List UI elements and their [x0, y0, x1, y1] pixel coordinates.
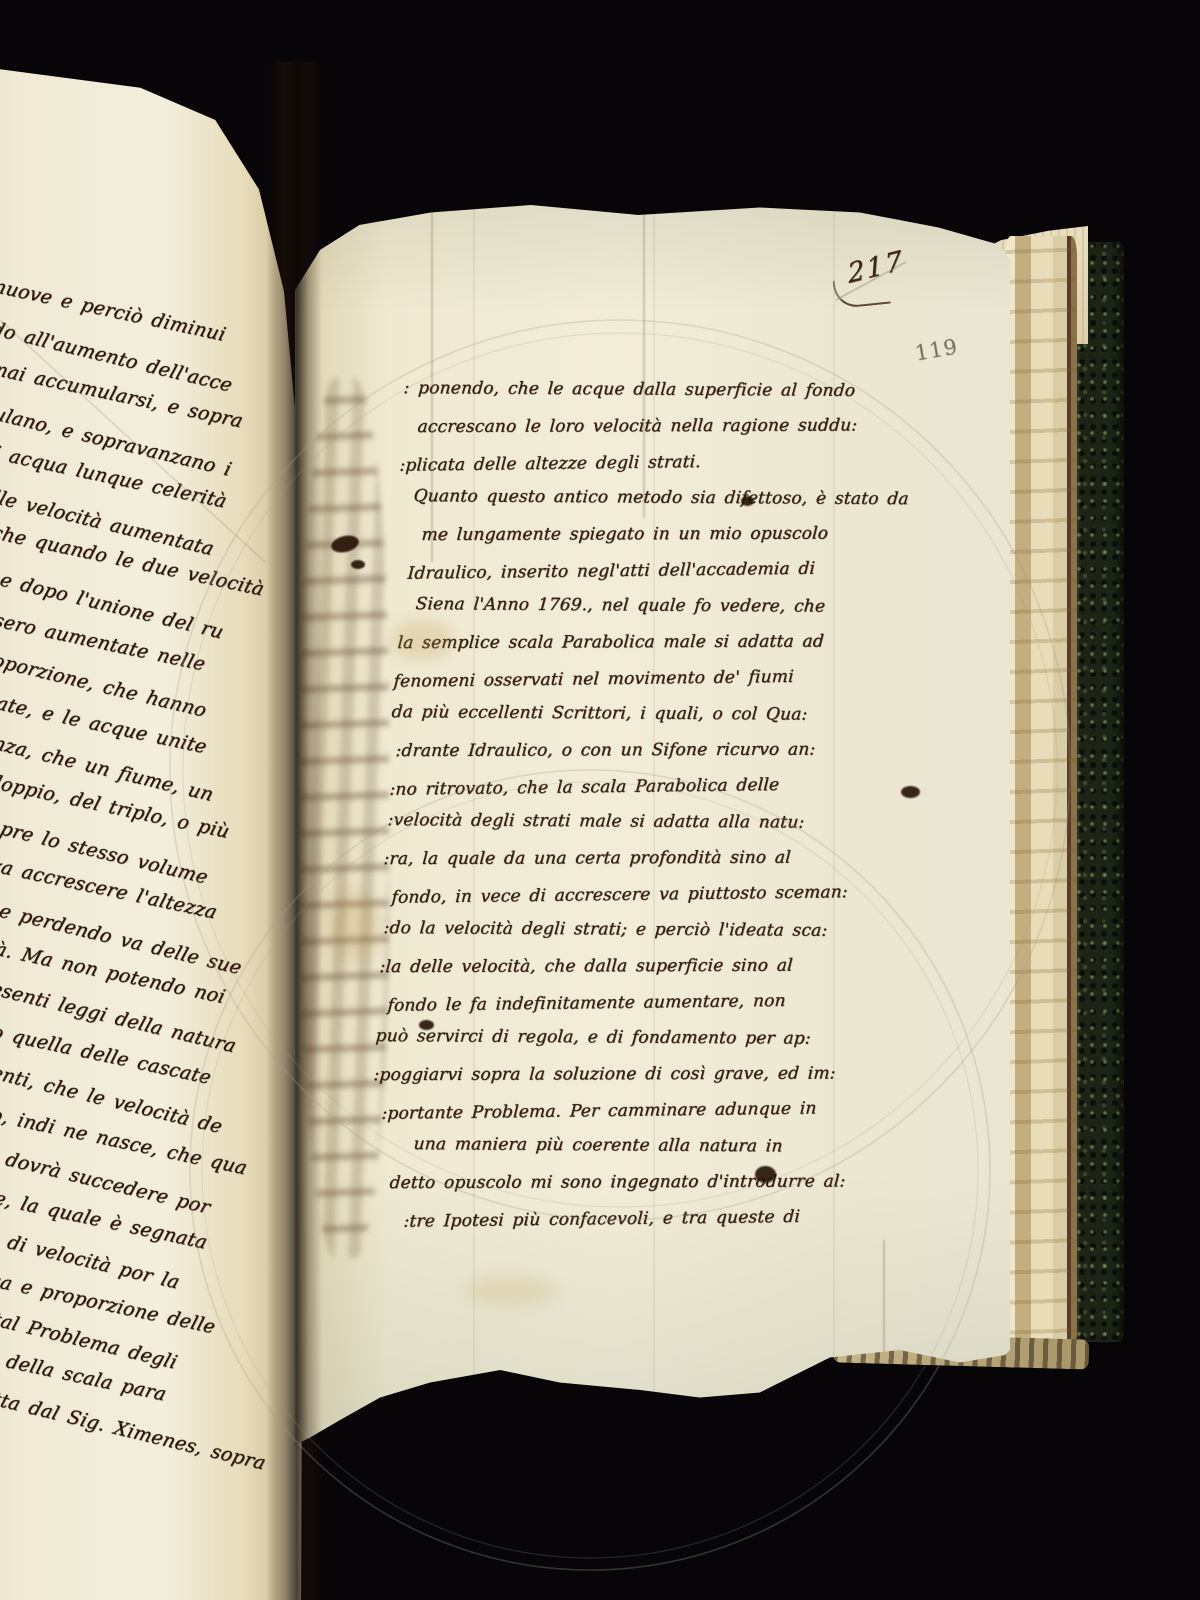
manuscript-line: Quanto questo antico metodo sia difettos… [412, 486, 1010, 526]
manuscript-line: : ponendo, che le acque dalla superficie… [402, 378, 1010, 418]
paper-crease [643, 208, 645, 518]
ink-blot [901, 786, 920, 798]
manuscript-line: può servirci di regola, e di fondamento … [374, 1026, 1010, 1066]
manuscript-line: :portante Problema. Per camminare adunqu… [380, 1096, 1010, 1140]
manuscript-line: :plicata delle altezze degli strati. [398, 448, 1010, 491]
page-stack-edges [1005, 236, 1077, 1352]
manuscript-line: la semplice scala Parabolica male si ada… [396, 631, 1010, 669]
manuscript-line: da più eccellenti Scrittori, i quali, o … [390, 702, 1010, 742]
ink-blot [351, 560, 365, 569]
manuscript-line: :drante Idraulico, o con un Sifone ricur… [394, 739, 1010, 777]
page-number-ink: 217 [846, 245, 905, 290]
ink-blot [741, 496, 754, 506]
manuscript-line: una maniera più coerente alla natura in [412, 1134, 1010, 1174]
manuscript-line: :do la velocità degli strati; e perciò l… [382, 918, 1010, 958]
manuscript-line: fondo le fa indefinitamente aumentare, n… [386, 988, 1010, 1032]
manuscript-line: Siena l'Anno 1769., nel quale fo vedere,… [414, 594, 1010, 634]
manuscript-line: :velocità degli strati male si adatta al… [386, 810, 1010, 850]
marbled-cover-edge [1076, 242, 1124, 1342]
paper-crease [431, 212, 433, 562]
manuscript-line: :la delle velocità, che dalla superficie… [378, 955, 1010, 993]
manuscript-line: detto opuscolo mi sono ingegnato d'intro… [388, 1171, 1010, 1209]
manuscript-line: accrescano le loro velocità nella ragion… [416, 415, 1010, 453]
page-number-pencil: 119 [913, 334, 960, 365]
manuscript-line: fenomeni osservati nel movimento de' fiu… [392, 664, 1010, 708]
ink-blot [419, 1020, 434, 1030]
manuscript-line: me lungamente spiegato in un mio opuscol… [420, 523, 1010, 561]
manuscript-line: :tre Ipotesi più confacevoli, e tra ques… [402, 1204, 1010, 1247]
ink-blot [755, 1166, 776, 1183]
paper-stain [391, 620, 453, 660]
right-page: 217 119 : ponendo, che le acque dalla su… [295, 200, 1010, 1450]
manuscript-text-block: : ponendo, che le acque dalla superficie… [295, 380, 1010, 1244]
paper-stain [465, 1275, 557, 1307]
manuscript-line: Idraulico, inserito negl'atti dell'accad… [406, 556, 1010, 599]
paper-stain [329, 890, 381, 962]
manuscript-line: fondo, in vece di accrescere va piuttost… [390, 880, 1010, 924]
manuscript-line: :ra, la quale da una certa profondità si… [382, 847, 1010, 885]
manuscript-line: :poggiarvi sopra la soluzione di così gr… [372, 1063, 1010, 1101]
paper-crease [883, 1240, 885, 1420]
left-page: nuove e perciò diminui ido all'aumento d… [0, 60, 312, 1600]
manuscript-photo: nuove e perciò diminui ido all'aumento d… [0, 0, 1200, 1600]
